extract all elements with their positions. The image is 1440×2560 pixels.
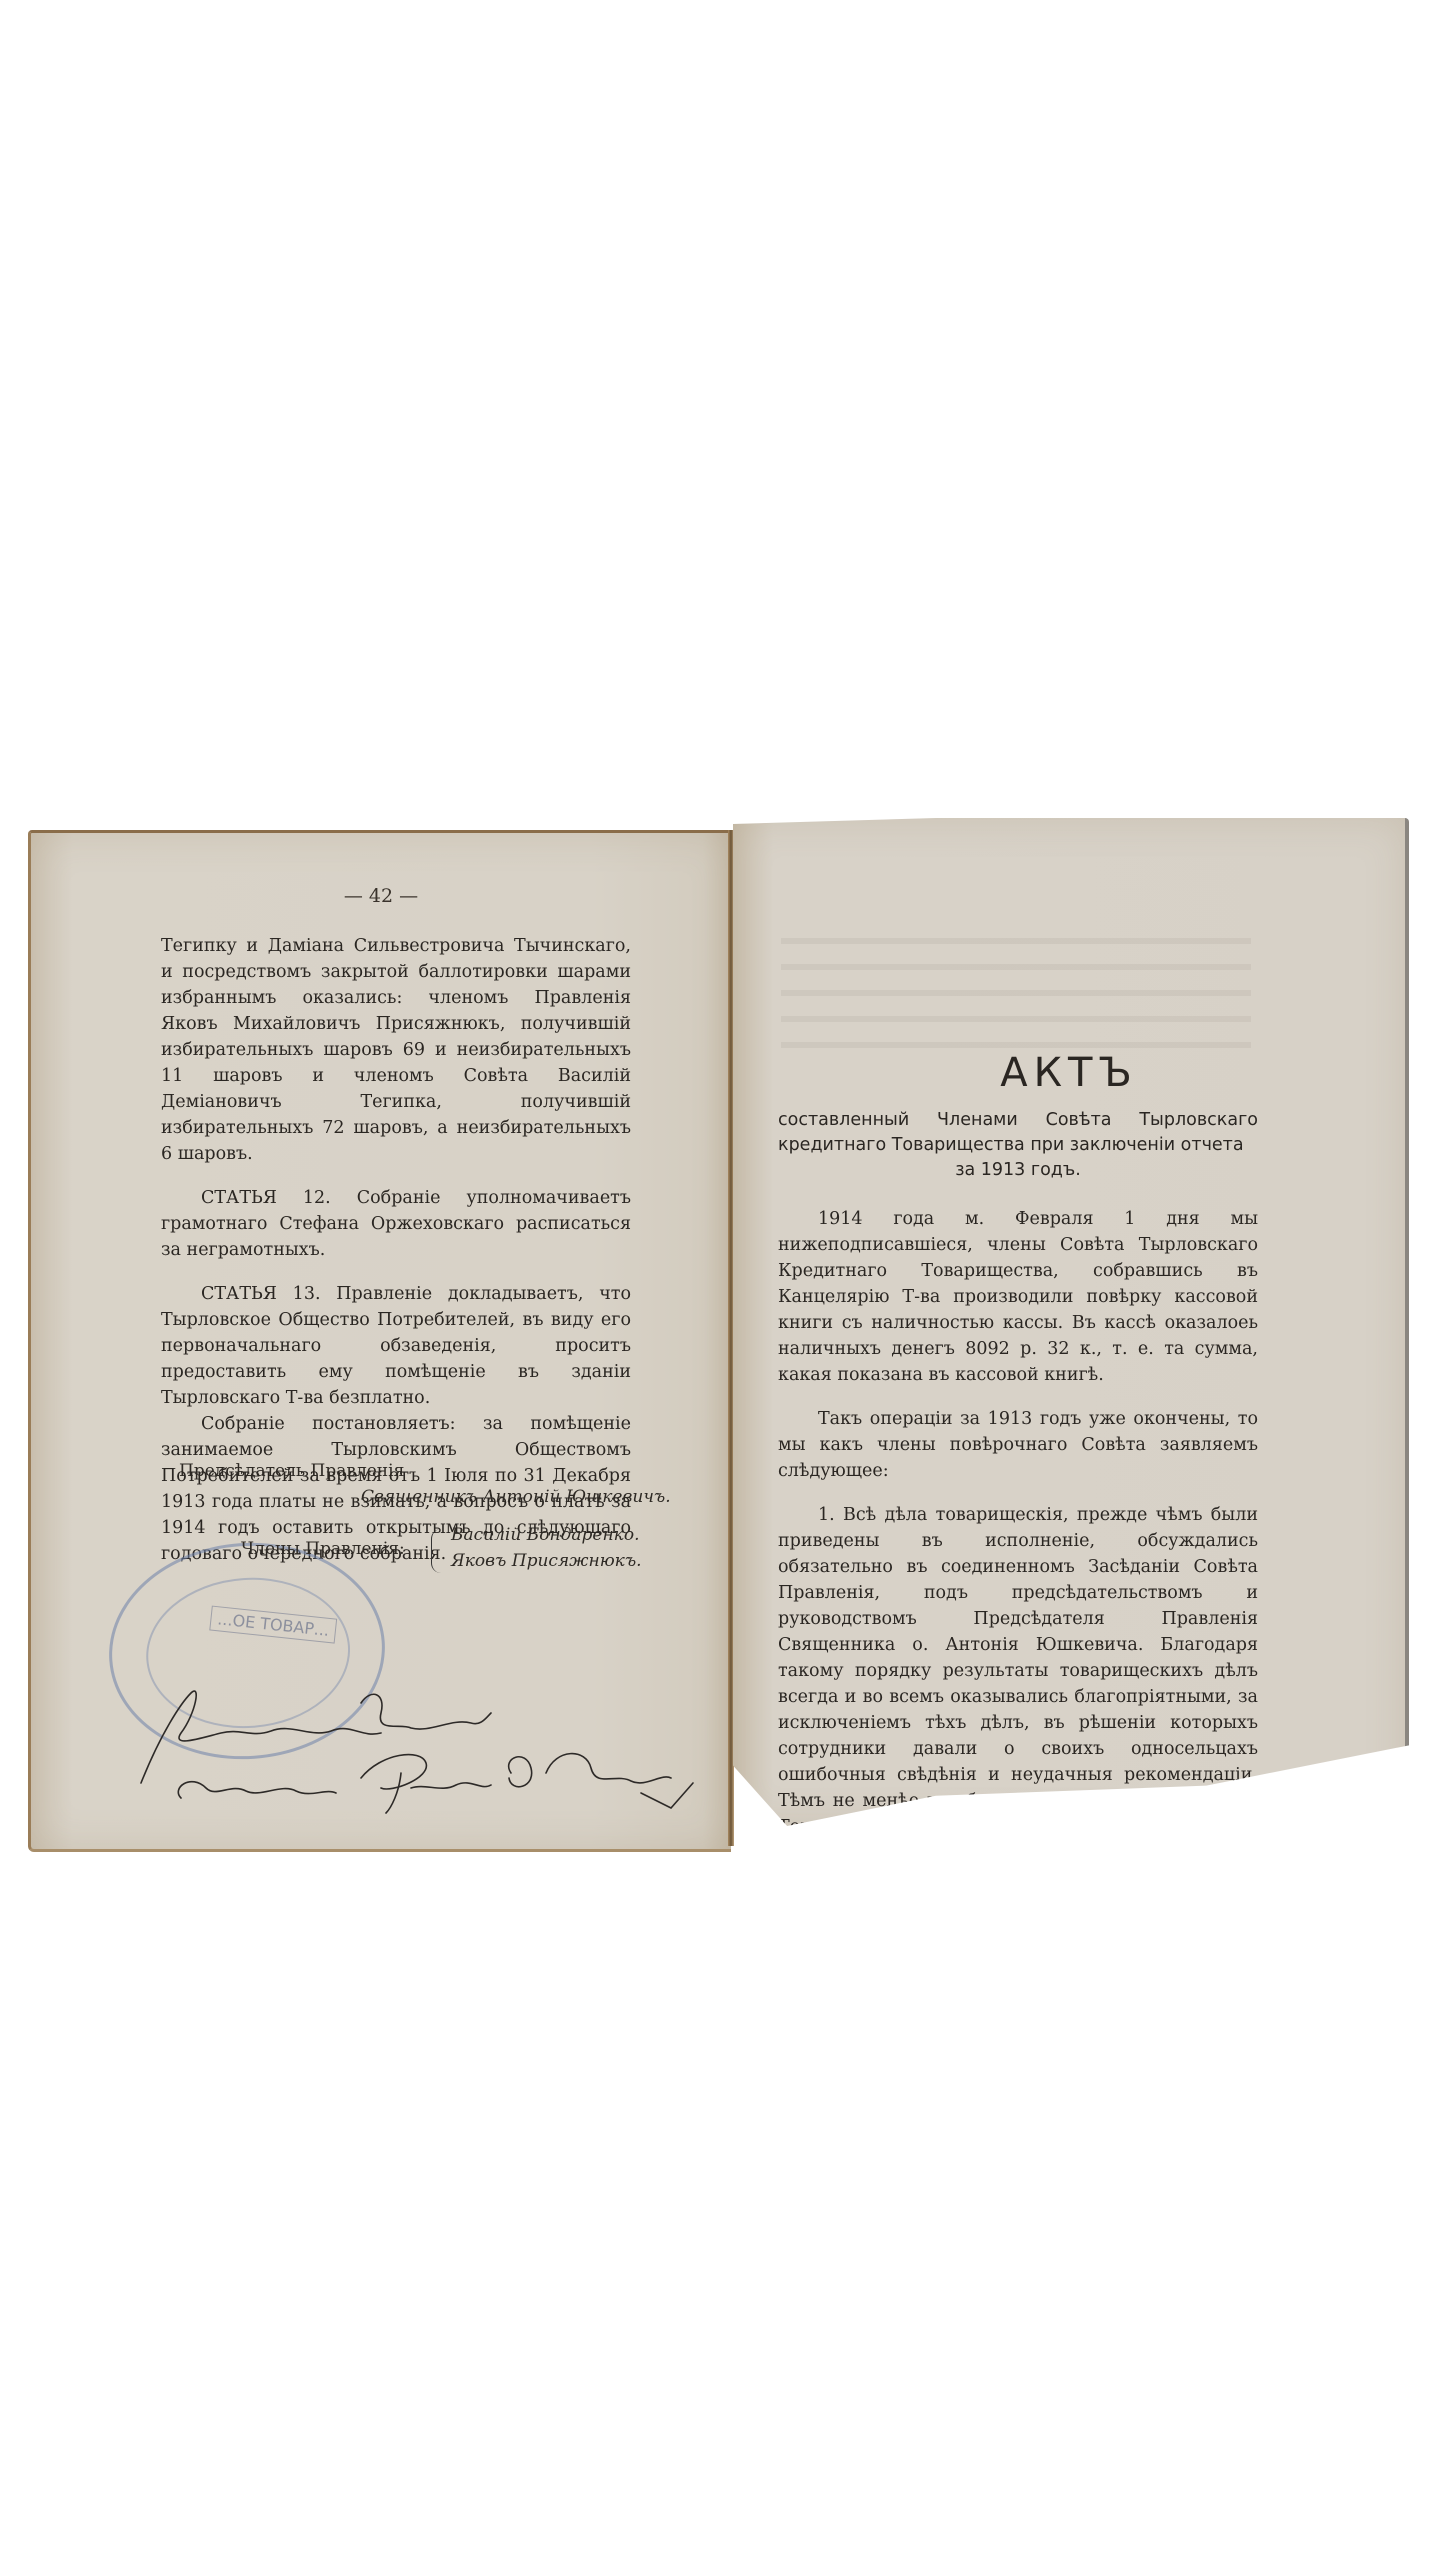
paragraph-declaration: Такъ операціи за 1913 годъ уже окончены,…: [778, 1406, 1258, 1484]
paragraph-election-results: Тегипку и Даміана Сильвестровича Тычинск…: [161, 933, 631, 1167]
subtitle-line-1: составленный Членами Совѣта Тырловскаго …: [778, 1110, 1258, 1155]
page-number: — 42 —: [31, 885, 731, 907]
paragraph-article-12: СТАТЬЯ 12. Собраніе уполномачиваетъ грам…: [161, 1185, 631, 1263]
open-book: — 42 — Тегипку и Даміана Сильвестровича …: [28, 818, 1418, 1858]
member-name-2: Яковъ Присяжнюкъ.: [451, 1551, 642, 1571]
document-subtitle: составленный Членами Совѣта Тырловскаго …: [778, 1108, 1258, 1183]
paragraph-cash-audit: 1914 года м. Февраля 1 дня мы нижеподпис…: [778, 1206, 1258, 1388]
right-page: АКТЪ составленный Членами Совѣта Тырловс…: [733, 818, 1409, 1826]
chairman-label: Предсѣдатель Правленія: [179, 1461, 404, 1481]
bleed-through-text: [781, 928, 1251, 1048]
member-name-1: Василій Бондаренко.: [451, 1525, 639, 1545]
brace-icon: [431, 1529, 442, 1573]
paragraph-point-2: 2. Счетоводство поставлено діакономъ Ѳео…: [778, 1858, 1258, 1962]
seal-inner-ring: [141, 1571, 355, 1735]
left-page: — 42 — Тегипку и Даміана Сильвестровича …: [28, 830, 731, 1852]
subtitle-line-2: за 1913 годъ.: [778, 1158, 1258, 1183]
paragraph-article-13: СТАТЬЯ 13. Правленіе докладываетъ, что Т…: [161, 1281, 631, 1411]
paragraph-point-1: 1. Всѣ дѣла товарищескія, прежде чѣмъ бы…: [778, 1502, 1258, 1840]
members-label: Члены Правленія:: [241, 1539, 405, 1559]
seal-stamp: ...ОЕ ТОВАР...: [102, 1534, 392, 1769]
right-page-text: 1914 года м. Февраля 1 дня мы нижеподпис…: [778, 1206, 1258, 1962]
document-title: АКТЪ: [733, 1050, 1405, 1096]
chairman-name: Священникъ Антоній Юшкевичъ.: [361, 1487, 671, 1507]
